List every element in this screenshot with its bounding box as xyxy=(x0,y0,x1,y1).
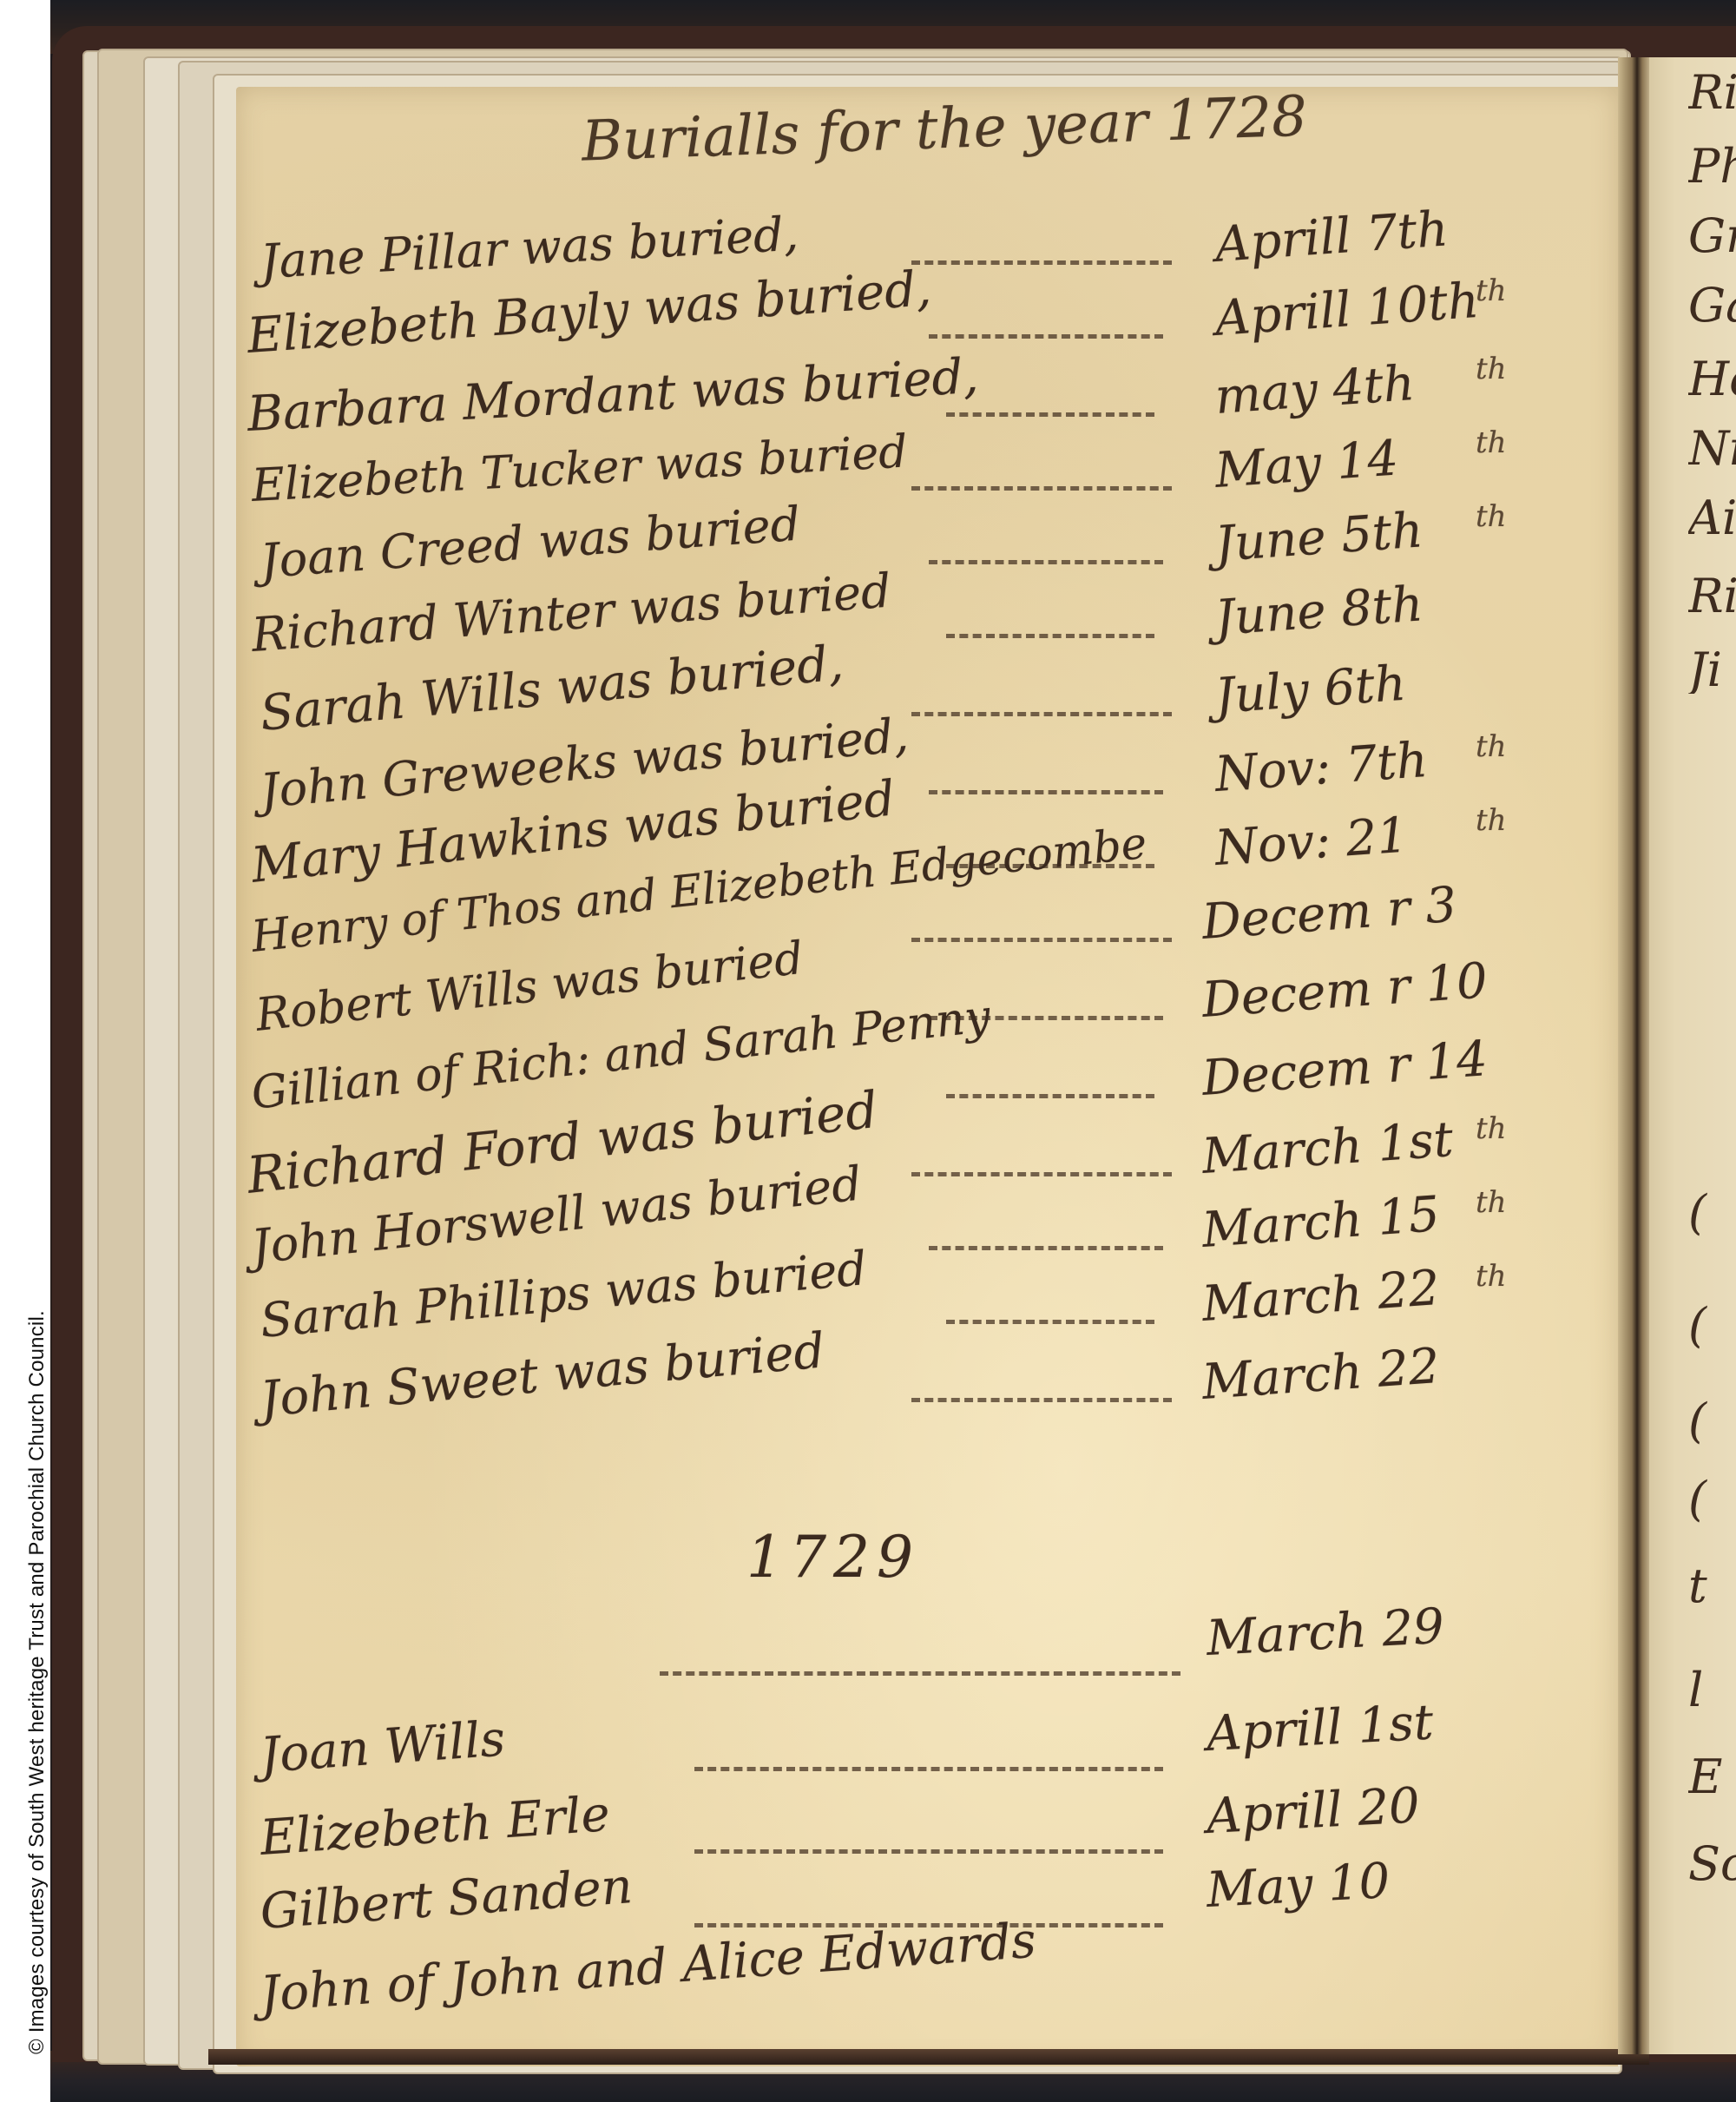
margin-mark: th xyxy=(1476,352,1507,386)
leader-dashes xyxy=(929,1246,1163,1250)
leader-dashes xyxy=(946,1320,1154,1324)
facing-page-fragment: t xyxy=(1688,1563,1736,1610)
leader-dashes xyxy=(946,412,1154,417)
facing-page-fragment: He xyxy=(1688,356,1736,403)
leader-dashes xyxy=(911,1172,1172,1176)
leader-dashes xyxy=(694,1767,1163,1771)
leader-dashes xyxy=(660,1671,1180,1676)
facing-page-fragment: Ri xyxy=(1688,69,1736,116)
margin-mark: th xyxy=(1476,499,1507,534)
leader-dashes xyxy=(911,938,1172,942)
copyright-notice: © Images courtesy of South West heritage… xyxy=(25,1310,49,2054)
margin-mark: th xyxy=(1476,273,1507,308)
leader-dashes xyxy=(929,790,1163,794)
leader-dashes xyxy=(911,712,1172,716)
facing-page-fragment: Ai xyxy=(1688,495,1736,542)
leader-dashes xyxy=(911,260,1172,265)
page-bottom-shadow xyxy=(208,2049,1649,2065)
margin-mark: th xyxy=(1476,425,1507,460)
facing-page-fragment: Ph xyxy=(1688,143,1736,190)
facing-page-fragment: ( xyxy=(1688,1398,1736,1445)
margin-mark: th xyxy=(1476,1111,1507,1146)
facing-page-fragment: Ji xyxy=(1688,647,1736,694)
margin-mark: th xyxy=(1476,1185,1507,1220)
facing-page-fragment: Ni xyxy=(1688,425,1736,472)
facing-page-fragment: Ri xyxy=(1688,573,1736,620)
facing-page-fragment: Ga xyxy=(1688,282,1736,329)
leader-dashes xyxy=(929,334,1163,339)
burial-entry-date: Aprill 20 xyxy=(1205,1777,1421,1845)
facing-page-fragment: Gr xyxy=(1688,213,1736,260)
credit-strip: © Images courtesy of South West heritage… xyxy=(0,0,50,2102)
burial-entry-date: Aprill 1st xyxy=(1205,1694,1435,1763)
facing-page-fragment: l xyxy=(1688,1667,1736,1714)
leader-dashes xyxy=(911,486,1172,491)
margin-mark: th xyxy=(1476,803,1507,838)
facing-page-fragment: ( xyxy=(1688,1476,1736,1523)
book-gutter xyxy=(1618,57,1653,2054)
leader-dashes xyxy=(946,1094,1154,1098)
margin-mark: th xyxy=(1476,1259,1507,1294)
year-heading-1729: 1729 xyxy=(746,1524,920,1591)
margin-mark: th xyxy=(1476,729,1507,764)
leader-dashes xyxy=(929,560,1163,564)
leader-dashes xyxy=(946,634,1154,638)
facing-page-fragment: E xyxy=(1688,1754,1736,1801)
facing-page-fragment: So xyxy=(1688,1841,1736,1888)
leader-dashes xyxy=(911,1398,1172,1402)
burial-entry-date: May 10 xyxy=(1205,1853,1391,1919)
facing-page-fragment: ( xyxy=(1688,1302,1736,1349)
facing-page-fragment: ( xyxy=(1688,1189,1736,1236)
leader-dashes xyxy=(694,1849,1163,1854)
